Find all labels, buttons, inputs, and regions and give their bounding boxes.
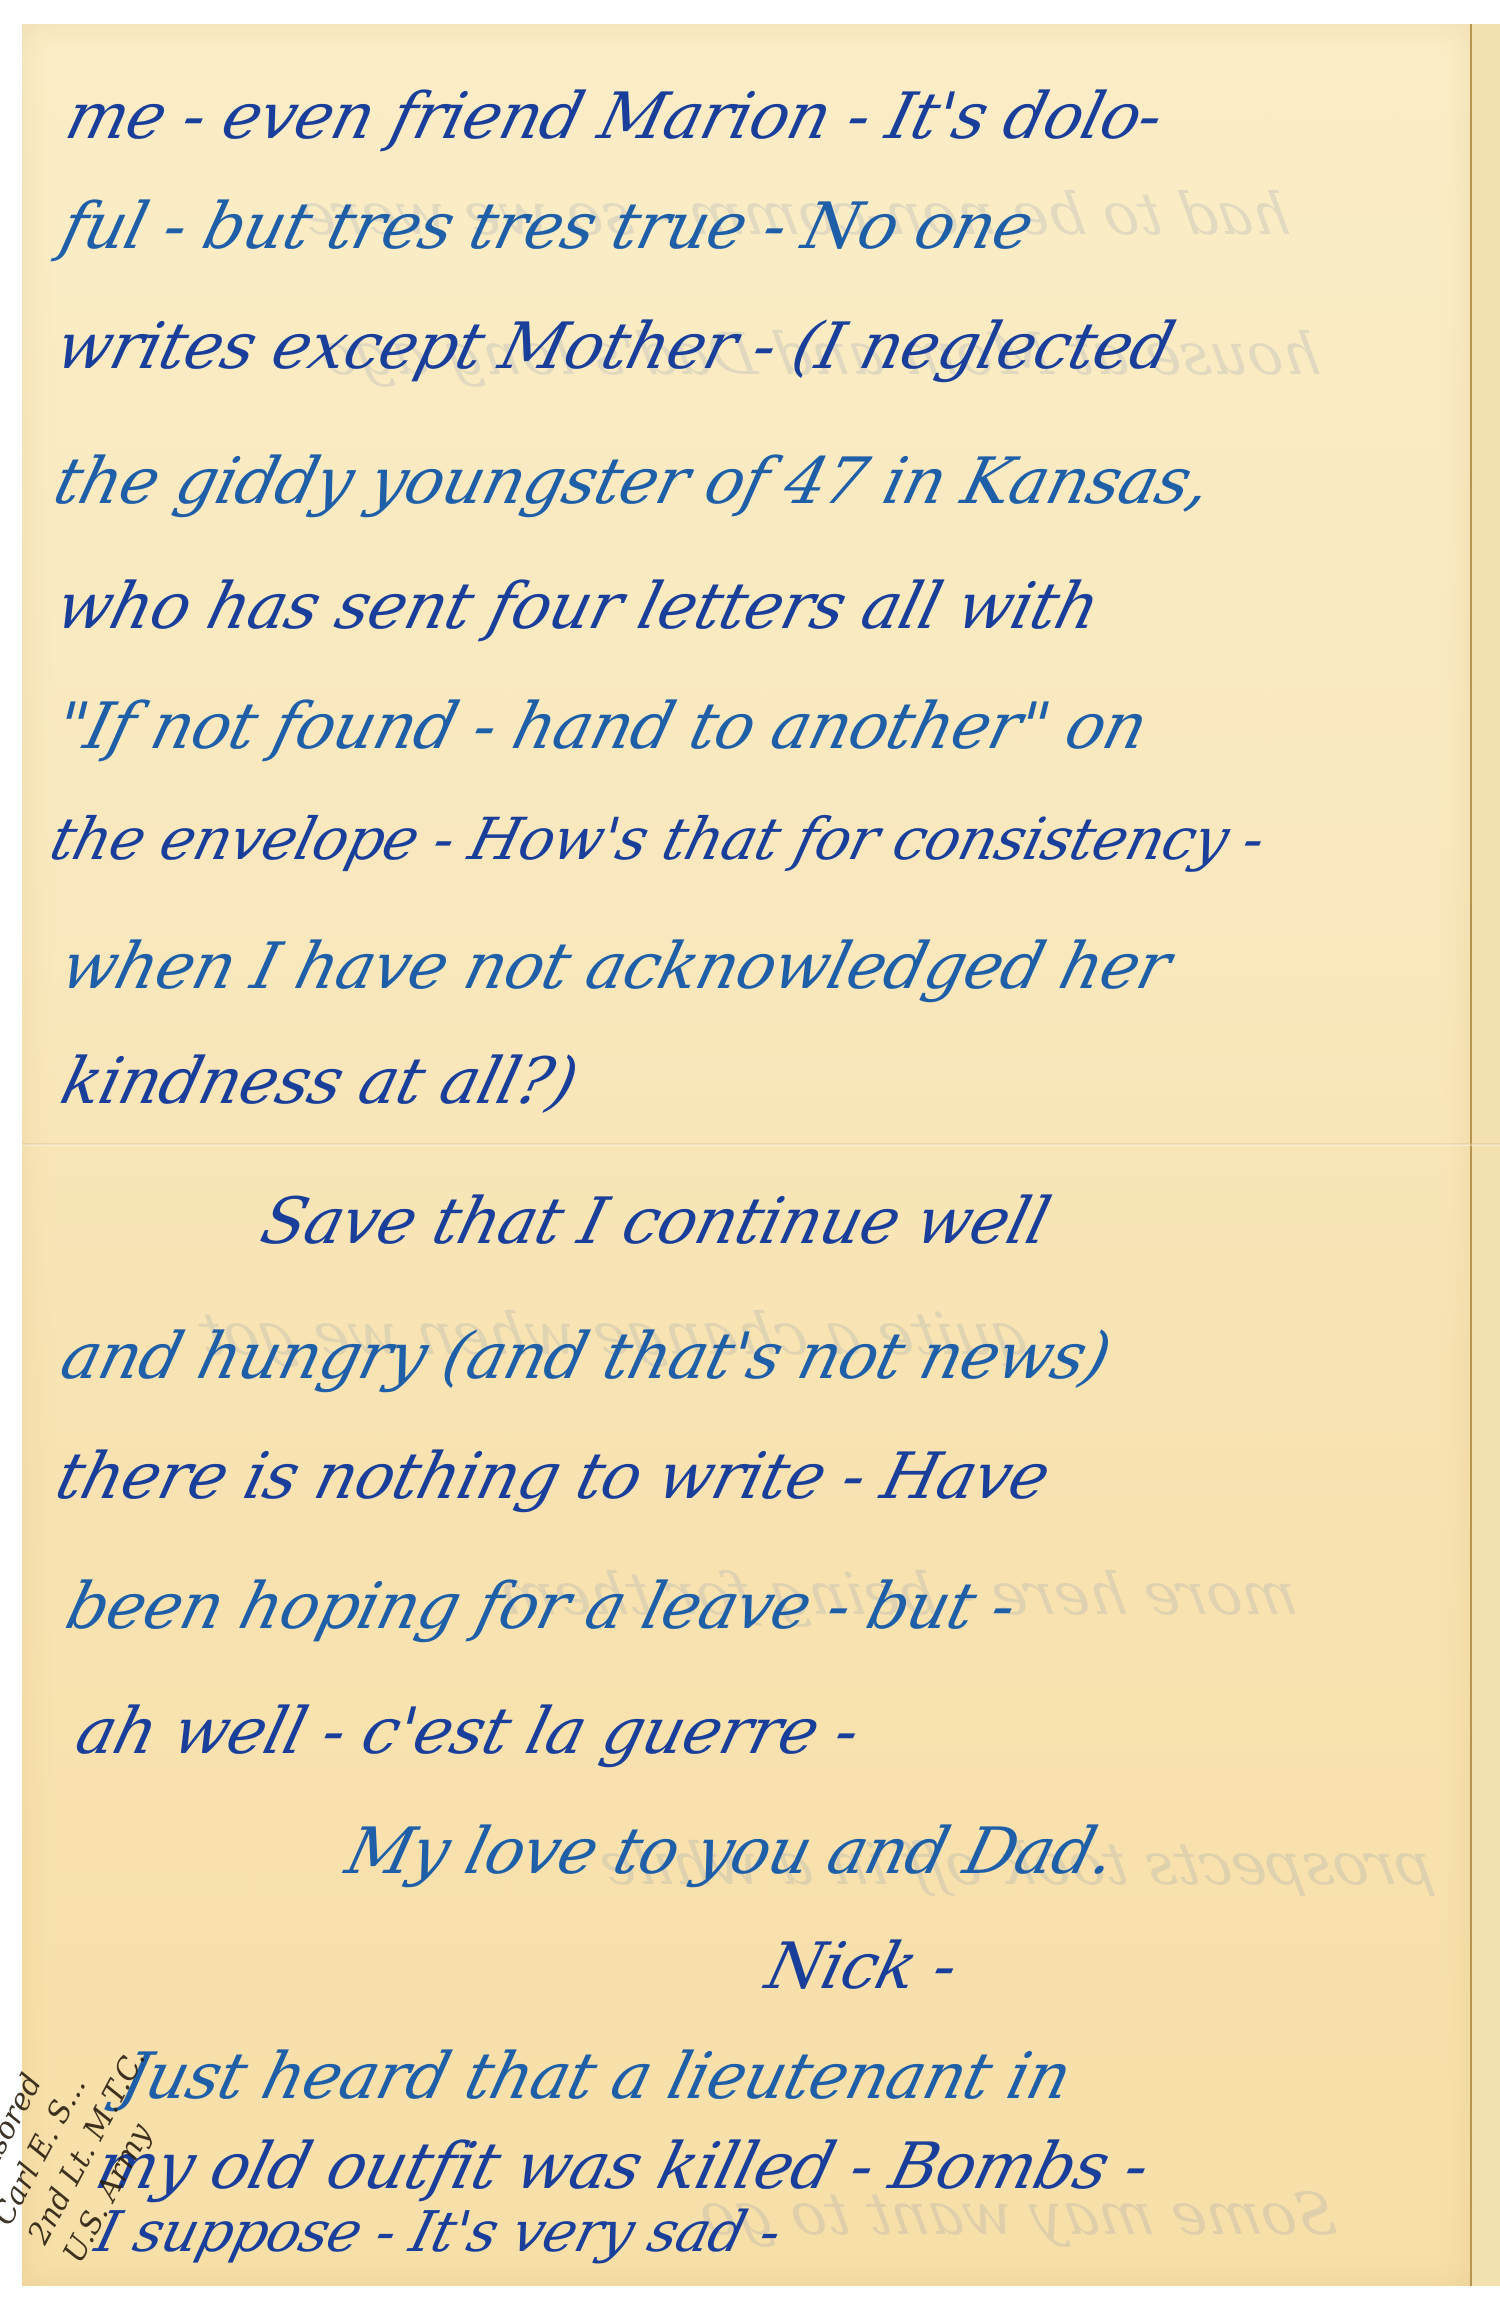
letter-line: who has sent four letters all with	[50, 575, 1105, 639]
postscript-line: my old outfit was killed - Bombs -	[90, 2135, 1155, 2199]
letter-line: the envelope - How's that for consistenc…	[45, 810, 1270, 868]
letter-line: Save that I continue well	[255, 1190, 1055, 1254]
letter-line: kindness at all?)	[55, 1050, 583, 1114]
letter-line: and hungry (and that's not news)	[55, 1325, 1116, 1389]
postscript-line: I suppose - It's very sad -	[90, 2205, 786, 2261]
letter-line: the giddy youngster of 47 in Kansas,	[48, 450, 1216, 514]
letter-line: "If not found - hand to another" on	[50, 695, 1153, 759]
postscript-line: Just heard that a lieutenant in	[115, 2045, 1077, 2109]
signature: Nick -	[760, 1935, 963, 1999]
fold-crease	[22, 1143, 1500, 1146]
letter-line: writes except Mother - (I neglected	[50, 315, 1179, 379]
letter-line: me - even friend Marion - It's dolo-	[60, 85, 1168, 149]
paper-edge-strip	[1470, 24, 1500, 2286]
letter-line: been hoping for a leave - but -	[60, 1575, 1021, 1639]
letter-line: ah well - c'est la guerre -	[70, 1700, 865, 1764]
closing-line: My love to you and Dad.	[340, 1820, 1121, 1884]
letter-line: ful - but tres tres true - No one	[55, 195, 1039, 259]
letter-line: there is nothing to write - Have	[50, 1445, 1055, 1509]
letter-line: when I have not acknowledged her	[55, 935, 1176, 999]
